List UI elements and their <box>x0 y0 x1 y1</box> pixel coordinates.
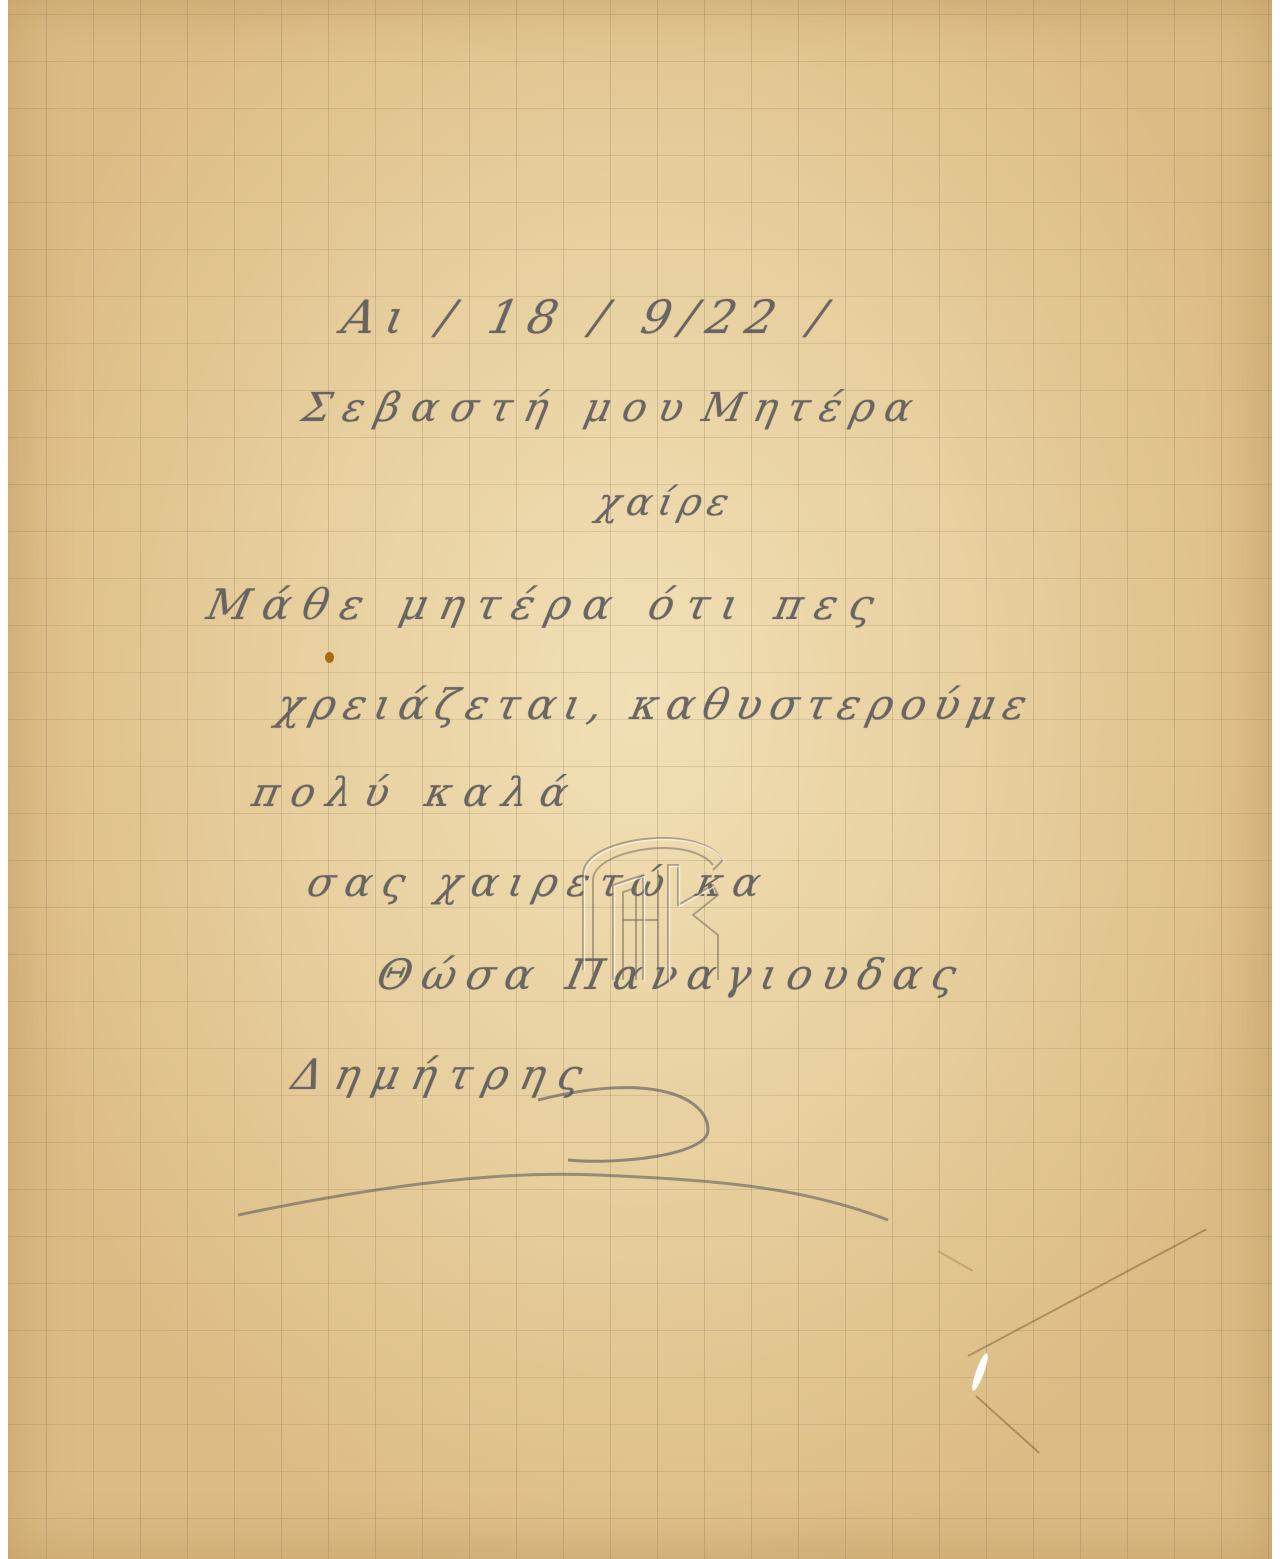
body-line-2: χρειάζεται, καθυστερούμε <box>273 680 1040 729</box>
grid-lines <box>8 0 1272 1559</box>
salutation-part-1: Σεβαστή μου <box>298 385 700 431</box>
body-line-3: πολύ καλά <box>248 770 584 816</box>
ink-spot <box>325 652 334 663</box>
letter-date: Αι / 18 / 9/22 / <box>337 290 841 344</box>
greeting-line: χαίρε <box>593 480 739 524</box>
salutation-part-2: Μητέρα <box>698 385 927 431</box>
archive-monogram-watermark: ΓΑΚ <box>568 830 748 1005</box>
signature-flourish <box>238 1060 1038 1240</box>
letter-paper: Αι / 18 / 9/22 / Σεβαστή μου Μητέρα χαίρ… <box>8 0 1272 1559</box>
body-line-1: Μάθε μητέρα ότι πες <box>203 580 891 629</box>
watermark-label: ΓΑΚ <box>657 1001 659 1003</box>
